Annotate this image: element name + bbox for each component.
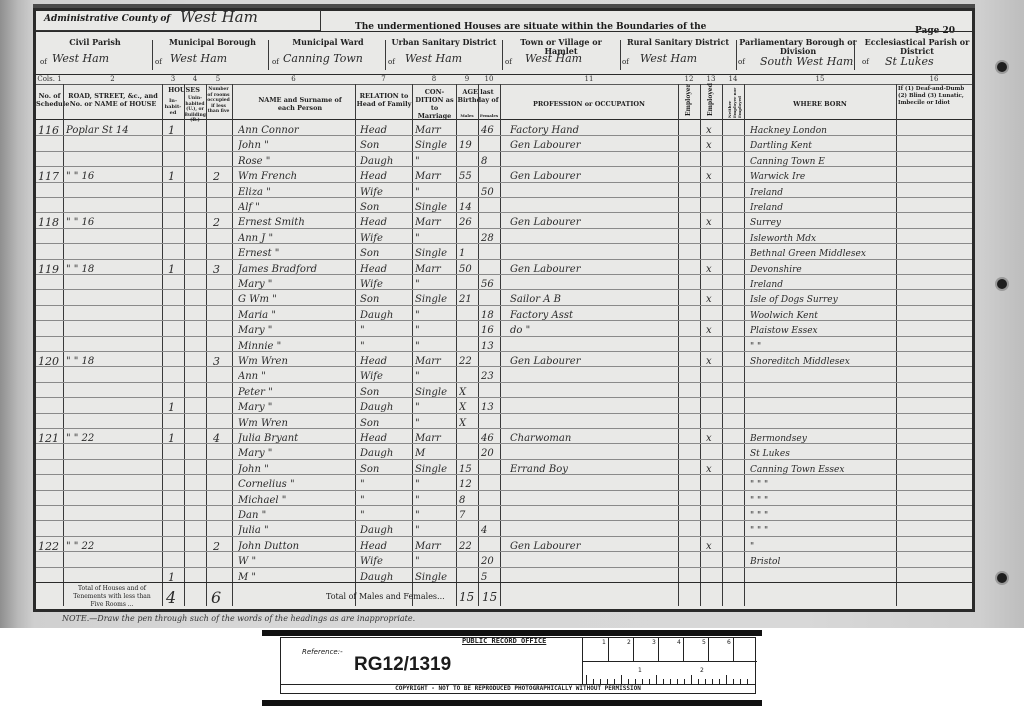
divider <box>36 119 972 120</box>
rooms-cell: 3 <box>213 356 229 368</box>
employed-cell: x <box>706 217 720 229</box>
ruler-tick <box>726 675 727 685</box>
condition-cell: Marr <box>415 171 455 183</box>
condition-cell: " <box>415 402 455 414</box>
relation-cell: Daugh <box>360 310 410 322</box>
road-cell: " " 16 <box>66 217 160 229</box>
females-total-value: 15 <box>482 590 497 604</box>
schedule-cell: 116 <box>38 125 62 137</box>
divider <box>152 40 153 70</box>
district-value: St Lukes <box>885 55 934 68</box>
ruler-tick <box>607 679 608 685</box>
column-divider <box>478 84 479 606</box>
where-born-cell: Woolwich Kent <box>750 310 895 322</box>
employed-cell: x <box>706 433 720 445</box>
name-cell: Mary " <box>238 325 353 337</box>
scale-ruler: 12345612 <box>582 637 757 685</box>
column-number: 11 <box>500 75 678 83</box>
relation-cell: Head <box>360 264 410 276</box>
occupation-cell: Gen Labourer <box>510 171 675 183</box>
divider <box>268 40 269 70</box>
name-cell: Wm Wren <box>238 418 353 430</box>
column-number: 7 <box>355 75 412 83</box>
condition-cell: Marr <box>415 541 455 553</box>
ruler-tick <box>663 679 664 685</box>
road-cell: " " 18 <box>66 356 160 368</box>
age-male-cell: 15 <box>459 464 477 476</box>
ruler-label: 4 <box>677 639 681 646</box>
ruler-tick <box>683 637 684 661</box>
condition-cell: Marr <box>415 217 455 229</box>
name-cell: Wm Wren <box>238 356 353 368</box>
rooms-cell: 2 <box>213 217 229 229</box>
ruler-tick <box>642 679 643 685</box>
road-cell: " " 22 <box>66 433 160 445</box>
column-heading-neither: Neither Employer nor Employed <box>727 86 739 118</box>
column-heading-road: ROAD, STREET, &c., and No. or NAME of HO… <box>65 92 161 108</box>
ruler-label: 1 <box>602 639 606 646</box>
ruler-tick <box>708 637 709 661</box>
column-divider <box>456 84 457 606</box>
occupation-cell: Gen Labourer <box>510 264 675 276</box>
column-divider <box>232 84 233 606</box>
ruler-tick <box>593 679 594 685</box>
of-prefix: of <box>622 58 629 66</box>
age-female-cell: 13 <box>481 402 499 414</box>
column-heading-rooms: Number of rooms occupied if less than fi… <box>206 87 231 115</box>
condition-cell: Single <box>415 294 455 306</box>
condition-cell: " <box>415 187 455 199</box>
of-prefix: of <box>388 58 395 66</box>
condition-cell: " <box>415 556 455 568</box>
schedule-cell: 117 <box>38 171 62 183</box>
age-female-cell: 20 <box>481 448 499 460</box>
schedule-cell: 122 <box>38 541 62 553</box>
punch-hole-icon <box>997 62 1007 72</box>
employed-cell: x <box>706 356 720 368</box>
name-cell: Ann Connor <box>238 125 353 137</box>
employed-cell: x <box>706 325 720 337</box>
ruler-tick <box>698 679 699 685</box>
where-born-cell: Plaistow Essex <box>750 325 895 337</box>
column-divider <box>184 84 185 606</box>
relation-cell: Son <box>360 294 410 306</box>
where-born-cell: " " " <box>750 525 895 537</box>
schedule-cell: 121 <box>38 433 62 445</box>
column-heading-uninhabited: Unin-habited (U.), or Building (B.) <box>184 96 206 124</box>
column-divider <box>206 84 207 606</box>
ruler-tick <box>649 679 650 685</box>
ruler-tick <box>656 675 657 685</box>
of-prefix: of <box>40 58 47 66</box>
where-born-cell: " <box>750 541 895 553</box>
ruler-tick <box>684 679 685 685</box>
age-female-cell: 18 <box>481 310 499 322</box>
where-born-cell: Isle of Dogs Surrey <box>750 294 895 306</box>
condition-cell: " <box>415 479 455 491</box>
condition-cell: Single <box>415 464 455 476</box>
condition-cell: Marr <box>415 125 455 137</box>
relation-cell: Head <box>360 356 410 368</box>
where-born-cell: Bristol <box>750 556 895 568</box>
ruler-tick <box>608 637 609 661</box>
ruler-tick <box>719 679 720 685</box>
condition-cell: " <box>415 525 455 537</box>
column-heading-inhabited: In-habit-ed <box>162 98 184 116</box>
name-cell: Eliza " <box>238 187 353 199</box>
relation-cell: Wife <box>360 556 410 568</box>
relation-cell: " <box>360 341 410 353</box>
column-heading-name: NAME and Surname of each Person <box>250 96 350 112</box>
ruler-tick <box>677 679 678 685</box>
reference-border <box>262 700 762 706</box>
district-value: West Ham <box>405 52 462 65</box>
age-male-cell: 19 <box>459 140 477 152</box>
age-female-cell: 46 <box>481 125 499 137</box>
name-cell: Wm French <box>238 171 353 183</box>
where-born-cell: Canning Town Essex <box>750 464 895 476</box>
age-male-cell: 7 <box>459 510 477 522</box>
relation-cell: Son <box>360 248 410 260</box>
name-cell: Mary " <box>238 448 353 460</box>
persons-total-label: Total of Males and Females... <box>326 592 445 601</box>
age-female-cell: 16 <box>481 325 499 337</box>
employed-cell: x <box>706 171 720 183</box>
relation-cell: Wife <box>360 371 410 383</box>
column-number: 8 <box>412 75 456 83</box>
column-divider <box>678 84 679 606</box>
ruler-tick <box>614 679 615 685</box>
column-number: 9 <box>456 75 478 83</box>
occupation-cell: Gen Labourer <box>510 140 675 152</box>
condition-cell: " <box>415 325 455 337</box>
inhabited-cell: 1 <box>168 125 182 137</box>
relation-cell: " <box>360 479 410 491</box>
where-born-cell: Bethnal Green Middlesex <box>750 248 895 260</box>
age-female-cell: 46 <box>481 433 499 445</box>
relation-cell: Head <box>360 433 410 445</box>
where-born-cell: Isleworth Mdx <box>750 233 895 245</box>
condition-cell: " <box>415 418 455 430</box>
relation-cell: Head <box>360 217 410 229</box>
age-male-cell: 1 <box>459 248 477 260</box>
age-male-cell: 14 <box>459 202 477 214</box>
relation-cell: Son <box>360 140 410 152</box>
where-born-cell: Surrey <box>750 217 895 229</box>
column-divider <box>412 84 413 606</box>
occupation-cell: Gen Labourer <box>510 356 675 368</box>
column-number: 2 <box>63 75 162 83</box>
divider <box>620 40 621 70</box>
name-cell: Peter " <box>238 387 353 399</box>
inhabited-cell: 1 <box>168 402 182 414</box>
occupation-cell: Sailor A B <box>510 294 675 306</box>
column-heading-infirmity: If (1) Deaf-and-Dumb (2) Blind (3) Lunat… <box>898 86 972 107</box>
ruler-tick <box>740 679 741 685</box>
relation-cell: Son <box>360 202 410 214</box>
relation-cell: Daugh <box>360 402 410 414</box>
condition-cell: M <box>415 448 455 460</box>
ruler-tick <box>658 637 659 661</box>
age-male-cell: 55 <box>459 171 477 183</box>
where-born-cell: Devonshire <box>750 264 895 276</box>
column-heading-relation: RELATION to Head of Family <box>356 92 412 108</box>
where-born-cell: Dartling Kent <box>750 140 895 152</box>
condition-cell: Marr <box>415 433 455 445</box>
district-label: Parliamentary Borough or Division <box>738 38 858 56</box>
of-prefix: of <box>738 58 745 66</box>
relation-cell: " <box>360 325 410 337</box>
rooms-cell: 4 <box>213 433 229 445</box>
name-cell: W " <box>238 556 353 568</box>
condition-cell: " <box>415 371 455 383</box>
name-cell: Alf " <box>238 202 353 214</box>
column-number: 6 <box>232 75 355 83</box>
employed-cell: x <box>706 464 720 476</box>
column-number: 12 <box>678 75 700 83</box>
relation-cell: Son <box>360 464 410 476</box>
column-number: 5 <box>206 75 230 83</box>
inhabited-cell: 1 <box>168 264 182 276</box>
age-female-cell: 50 <box>481 187 499 199</box>
road-cell: " " 22 <box>66 541 160 553</box>
ruler-tick <box>586 675 587 685</box>
column-heading-condition: CON-DITION as to Marriage <box>413 88 456 120</box>
column-heading-males: Males <box>456 112 478 120</box>
inhabited-cell: 1 <box>168 433 182 445</box>
occupation-cell: Gen Labourer <box>510 541 675 553</box>
admin-county-value: West Ham <box>180 8 258 26</box>
road-cell: Poplar St 14 <box>66 125 160 137</box>
occupation-cell: Factory Asst <box>510 310 675 322</box>
name-cell: Dan " <box>238 510 353 522</box>
ruler-tick <box>621 675 622 685</box>
ruler-label: 2 <box>627 639 631 646</box>
inhabited-cell: 1 <box>168 171 182 183</box>
age-female-cell: 13 <box>481 341 499 353</box>
row-divider <box>36 397 972 398</box>
column-divider <box>722 84 723 606</box>
condition-cell: " <box>415 156 455 168</box>
of-prefix: of <box>862 58 869 66</box>
relation-cell: Daugh <box>360 448 410 460</box>
row-divider <box>36 428 972 429</box>
employed-cell: x <box>706 294 720 306</box>
name-cell: Ernest " <box>238 248 353 260</box>
name-cell: John Dutton <box>238 541 353 553</box>
condition-cell: " <box>415 495 455 507</box>
punch-hole-icon <box>997 573 1007 583</box>
punch-hole-icon <box>997 279 1007 289</box>
age-female-cell: 56 <box>481 279 499 291</box>
name-cell: Mary " <box>238 402 353 414</box>
ruler-tick <box>635 679 636 685</box>
occupation-cell: Errand Boy <box>510 464 675 476</box>
name-cell: Michael " <box>238 495 353 507</box>
reference-label: Reference:- <box>302 648 343 656</box>
divider <box>36 582 972 583</box>
age-male-cell: X <box>459 402 477 414</box>
column-heading-schedule: No. of Schedule <box>36 92 63 108</box>
name-cell: Ernest Smith <box>238 217 353 229</box>
where-born-cell: " " " <box>750 510 895 522</box>
relation-cell: Son <box>360 387 410 399</box>
where-born-cell: Bermondsey <box>750 433 895 445</box>
reference-border <box>262 630 762 636</box>
relation-cell: Head <box>360 171 410 183</box>
column-divider <box>700 84 701 606</box>
age-female-cell: 28 <box>481 233 499 245</box>
column-number: 3 <box>162 75 184 83</box>
name-cell: Julia " <box>238 525 353 537</box>
column-divider <box>63 84 64 606</box>
relation-cell: " <box>360 510 410 522</box>
district-label: Ecclesiastical Parish or District <box>862 38 972 56</box>
rooms-cell: 2 <box>213 541 229 553</box>
column-heading-females: Females <box>478 112 500 120</box>
relation-cell: Wife <box>360 233 410 245</box>
relation-cell: Wife <box>360 187 410 199</box>
district-label: Municipal Ward <box>272 38 384 47</box>
name-cell: Mary " <box>238 279 353 291</box>
rooms-total-value: 6 <box>211 588 221 607</box>
rooms-cell: 3 <box>213 264 229 276</box>
column-divider <box>896 84 897 606</box>
reference-code: RG12/1319 <box>354 654 451 676</box>
schedule-cell: 119 <box>38 264 62 276</box>
name-cell: John " <box>238 140 353 152</box>
column-divider <box>355 84 356 606</box>
road-cell: " " 18 <box>66 264 160 276</box>
condition-cell: Single <box>415 248 455 260</box>
employed-cell: x <box>706 541 720 553</box>
of-prefix: of <box>272 58 279 66</box>
age-male-cell: 12 <box>459 479 477 491</box>
footnote: NOTE.—Draw the pen through such of the w… <box>62 614 415 623</box>
divider <box>36 31 972 32</box>
relation-cell: Son <box>360 418 410 430</box>
age-male-cell: 26 <box>459 217 477 229</box>
column-heading-where-born: WHERE BORN <box>744 100 896 108</box>
column-number: 10 <box>478 75 500 83</box>
condition-cell: Single <box>415 387 455 399</box>
ruler-tick <box>712 679 713 685</box>
ruler-tick <box>691 675 692 685</box>
ruler-label: 5 <box>702 639 706 646</box>
houses-total-value: 4 <box>166 588 176 607</box>
age-female-cell: 23 <box>481 371 499 383</box>
employed-cell: x <box>706 125 720 137</box>
age-female-cell: 8 <box>481 156 499 168</box>
admin-county-label: Administrative County of <box>44 14 170 24</box>
district-value: West Ham <box>52 52 109 65</box>
name-cell: Cornelius " <box>238 479 353 491</box>
district-value: Canning Town <box>283 52 363 65</box>
name-cell: Julia Bryant <box>238 433 353 445</box>
column-heading-employer: Employer <box>685 88 692 116</box>
ruler-tick <box>733 679 734 685</box>
column-heading-employed: Employed <box>707 88 714 116</box>
divider <box>36 84 972 85</box>
name-cell: Rose " <box>238 156 353 168</box>
district-label: Urban Sanitary District <box>388 38 500 47</box>
occupation-cell: do " <box>510 325 675 337</box>
condition-cell: " <box>415 510 455 522</box>
district-value: South West Ham <box>760 55 853 68</box>
where-born-cell: Shoreditch Middlesex <box>750 356 895 368</box>
name-cell: Minnie " <box>238 341 353 353</box>
age-male-cell: 21 <box>459 294 477 306</box>
where-born-cell: " " <box>750 341 895 353</box>
road-cell: " " 16 <box>66 171 160 183</box>
age-male-cell: 22 <box>459 356 477 368</box>
of-prefix: of <box>505 58 512 66</box>
column-number: 14 <box>722 75 744 83</box>
age-male-cell: 8 <box>459 495 477 507</box>
age-male-cell: X <box>459 418 477 430</box>
divider <box>854 40 855 70</box>
where-born-cell: Ireland <box>750 187 895 199</box>
record-office-title: PUBLIC RECORD OFFICE <box>462 637 546 645</box>
column-heading-occupation: PROFESSION or OCCUPATION <box>500 100 678 108</box>
ruler-divider <box>583 661 757 662</box>
relation-cell: Daugh <box>360 525 410 537</box>
employed-cell: x <box>706 140 720 152</box>
schedule-cell: 118 <box>38 217 62 229</box>
occupation-cell: Charwoman <box>510 433 675 445</box>
ruler-tick <box>628 679 629 685</box>
district-label: Civil Parish <box>40 38 150 47</box>
where-born-cell: " " " <box>750 479 895 491</box>
where-born-cell: " " " <box>750 495 895 507</box>
age-male-cell: 50 <box>459 264 477 276</box>
divider <box>502 40 503 70</box>
name-cell: Maria " <box>238 310 353 322</box>
relation-cell: Daugh <box>360 156 410 168</box>
condition-cell: Marr <box>415 356 455 368</box>
relation-cell: Head <box>360 125 410 137</box>
ruler-tick <box>600 679 601 685</box>
relation-cell: Wife <box>360 279 410 291</box>
age-female-cell: 4 <box>481 525 499 537</box>
copyright-notice: COPYRIGHT - NOT TO BE REPRODUCED PHOTOGR… <box>280 685 756 692</box>
ruler-label: 1 <box>638 667 642 674</box>
age-male-cell: 22 <box>459 541 477 553</box>
district-label: Municipal Borough <box>155 38 270 47</box>
condition-cell: Single <box>415 202 455 214</box>
rooms-cell: 2 <box>213 171 229 183</box>
district-value: West Ham <box>640 52 697 65</box>
relation-cell: " <box>360 495 410 507</box>
column-divider <box>500 84 501 606</box>
district-label: Rural Sanitary District <box>622 38 734 47</box>
ruler-tick <box>670 679 671 685</box>
column-divider <box>744 84 745 606</box>
district-value: West Ham <box>525 52 582 65</box>
age-male-cell: X <box>459 387 477 399</box>
occupation-cell: Factory Hand <box>510 125 675 137</box>
employed-cell: x <box>706 264 720 276</box>
name-cell: G Wm " <box>238 294 353 306</box>
males-total-value: 15 <box>459 590 474 604</box>
condition-cell: Marr <box>415 264 455 276</box>
name-cell: Ann " <box>238 371 353 383</box>
where-born-cell: St Lukes <box>750 448 895 460</box>
ruler-label: 2 <box>700 667 704 674</box>
divider <box>385 40 386 70</box>
condition-cell: " <box>415 233 455 245</box>
where-born-cell: Hackney London <box>750 125 895 137</box>
